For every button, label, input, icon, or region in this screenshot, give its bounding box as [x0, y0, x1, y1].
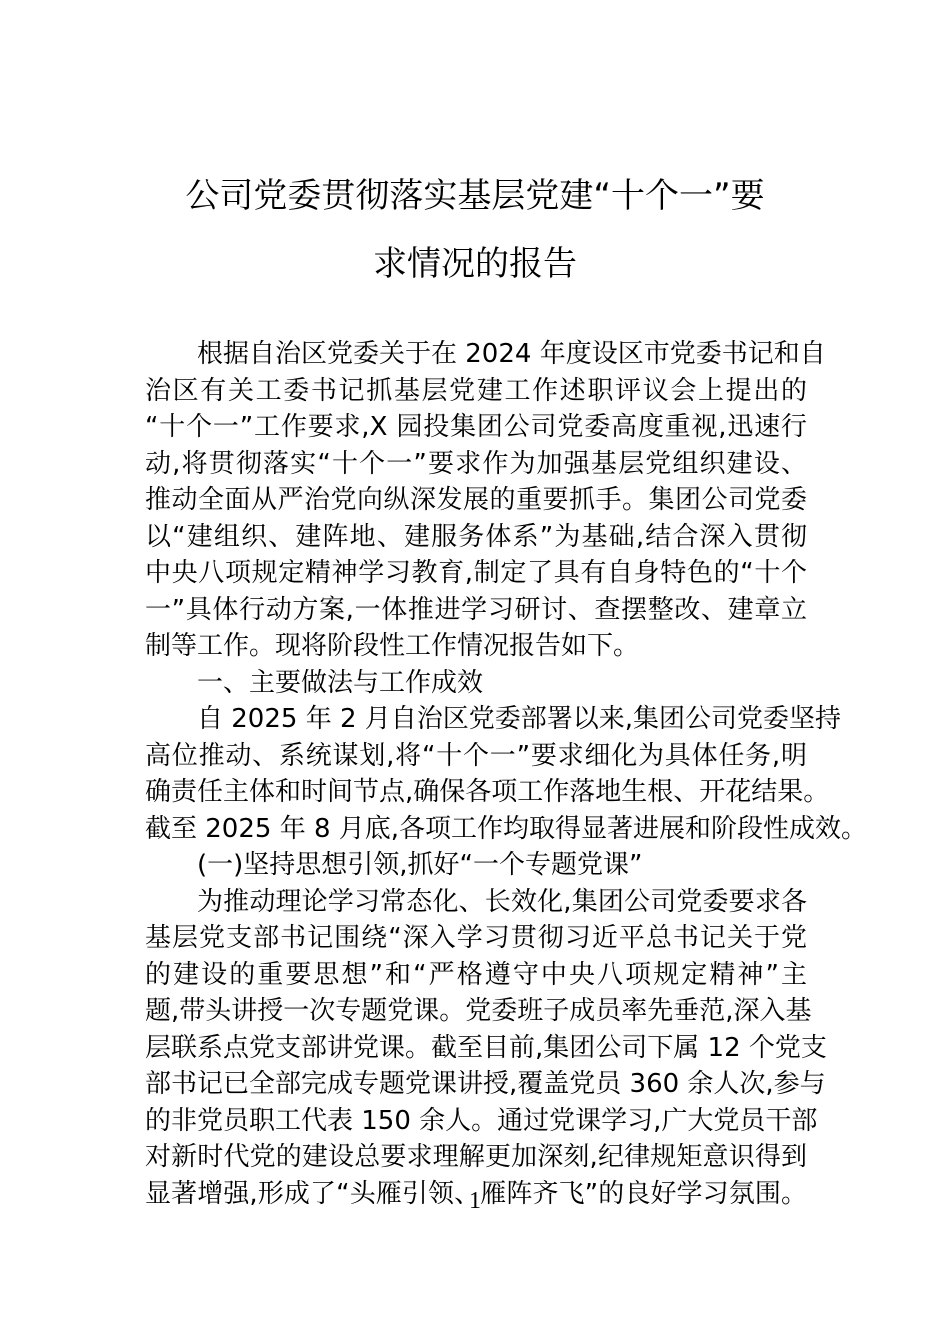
text-line: 对新时代党的建设总要求理解更加深刻,纪律规矩意识得到 — [145, 1139, 807, 1176]
text-line: 部书记已全部完成专题党课讲授,覆盖党员 360 余人次,参与 — [145, 1066, 807, 1103]
text-line: 为推动理论学习常态化、长效化,集团公司党委要求各 — [145, 884, 807, 921]
document-body: 根据自治区党委关于在 2024 年度设区市党委书记和自 治区有关工委书记抓基层党… — [145, 336, 807, 1212]
text-line: 层联系点党支部讲党课。截至目前,集团公司下属 12 个党支 — [145, 1030, 807, 1067]
party-lecture-paragraph: 为推动理论学习常态化、长效化,集团公司党委要求各 基层党支部书记围绕“深入学习贯… — [145, 884, 807, 1213]
text-line: 的建设的重要思想”和“严格遵守中央八项规定精神”主 — [145, 957, 807, 994]
text-line: 一”具体行动方案,一体推进学习研讨、查摆整改、建章立 — [145, 592, 807, 629]
text-line: 根据自治区党委关于在 2024 年度设区市党委书记和自 — [145, 336, 807, 373]
text-line: 高位推动、系统谋划,将“十个一”要求细化为具体任务,明 — [145, 738, 807, 775]
text-line: 中央八项规定精神学习教育,制定了具有自身特色的“十个 — [145, 555, 807, 592]
text-line: 截至 2025 年 8 月底,各项工作均取得显著进展和阶段性成效。 — [145, 811, 807, 848]
text-line: 动,将贯彻落实“十个一”要求作为加强基层党组织建设、 — [145, 446, 807, 483]
text-line: 题,带头讲授一次专题党课。党委班子成员率先垂范,深入基 — [145, 993, 807, 1030]
text-line: 自 2025 年 2 月自治区党委部署以来,集团公司党委坚持 — [145, 701, 807, 738]
document-title-line-1: 公司党委贯彻落实基层党建“十个一”要 — [140, 176, 810, 216]
text-line: “十个一”工作要求,X 园投集团公司党委高度重视,迅速行 — [145, 409, 807, 446]
intro-paragraph: 根据自治区党委关于在 2024 年度设区市党委书记和自 治区有关工委书记抓基层党… — [145, 336, 807, 665]
page-number: 1 — [0, 1186, 950, 1216]
text-line: 确责任主体和时间节点,确保各项工作落地生根、开花结果。 — [145, 774, 807, 811]
overview-paragraph: 自 2025 年 2 月自治区党委部署以来,集团公司党委坚持 高位推动、系统谋划… — [145, 701, 807, 847]
text-line: 基层党支部书记围绕“深入学习贯彻习近平总书记关于党 — [145, 920, 807, 957]
text-line: 的非党员职工代表 150 余人。通过党课学习,广大党员干部 — [145, 1103, 807, 1140]
text-line: 治区有关工委书记抓基层党建工作述职评议会上提出的 — [145, 373, 807, 410]
subsection-heading: (一)坚持思想引领,抓好“一个专题党课” — [145, 847, 807, 884]
document-title-line-2: 求情况的报告 — [140, 244, 810, 284]
text-line: 制等工作。现将阶段性工作情况报告如下。 — [145, 628, 807, 665]
document-page: 公司党委贯彻落实基层党建“十个一”要 求情况的报告 根据自治区党委关于在 202… — [0, 0, 950, 1344]
text-line: 以“建组织、建阵地、建服务体系”为基础,结合深入贯彻 — [145, 519, 807, 556]
section-heading: 一、主要做法与工作成效 — [145, 665, 807, 702]
text-line: 推动全面从严治党向纵深发展的重要抓手。集团公司党委 — [145, 482, 807, 519]
